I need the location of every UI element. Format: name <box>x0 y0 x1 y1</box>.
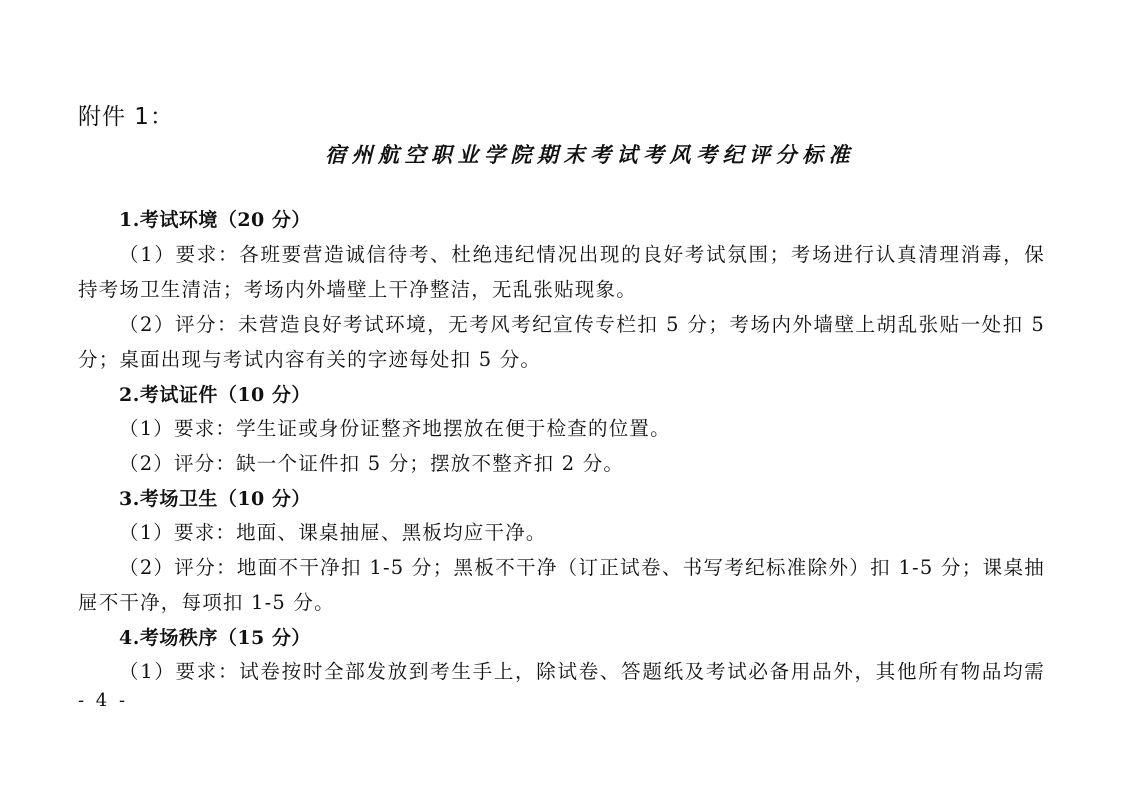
section-3-scoring-line-1: （2）评分：地面不干净扣 1-5 分；黑板不干净（订正试卷、书写考纪标准除外）扣… <box>119 556 1045 580</box>
section-heading-exam-environment: 1.考试环境（20 分） <box>119 208 311 232</box>
section-heading-exam-documents: 2.考试证件（10 分） <box>119 383 311 407</box>
page-number: - 4 - <box>78 690 128 712</box>
section-1-scoring-line-1: （2）评分：未营造良好考试环境，无考风考纪宣传专栏扣 5 分；考场内外墙壁上胡乱… <box>119 313 1045 337</box>
section-heading-exam-order: 4.考场秩序（15 分） <box>119 626 311 650</box>
section-1-scoring-line-2: 分；桌面出现与考试内容有关的字迹每处扣 5 分。 <box>78 348 541 372</box>
document-page: 附件 1： 宿州航空职业学院期末考试考风考纪评分标准 1.考试环境（20 分） … <box>0 0 1122 793</box>
section-heading-exam-hygiene: 3.考场卫生（10 分） <box>119 487 311 511</box>
section-1-requirement-line-2: 持考场卫生清洁；考场内外墙壁上干净整洁，无乱张贴现象。 <box>78 278 637 302</box>
section-3-scoring-line-2: 屉不干净，每项扣 1-5 分。 <box>78 591 335 615</box>
section-2-scoring-line-1: （2）评分：缺一个证件扣 5 分；摆放不整齐扣 2 分。 <box>119 452 624 476</box>
attachment-label: 附件 1： <box>78 103 174 131</box>
section-3-requirement-line-1: （1）要求：地面、课桌抽屉、黑板均应干净。 <box>119 521 547 545</box>
section-1-requirement-line-1: （1）要求：各班要营造诚信待考、杜绝违纪情况出现的良好考试氛围；考场进行认真清理… <box>119 243 1045 267</box>
section-4-requirement-line-1: （1）要求：试卷按时全部发放到考生手上，除试卷、答题纸及考试必备用品外，其他所有… <box>119 660 1045 684</box>
document-title: 宿州航空职业学院期末考试考风考纪评分标准 <box>325 142 855 168</box>
section-2-requirement-line-1: （1）要求：学生证或身份证整齐地摆放在便于检查的位置。 <box>119 417 671 441</box>
